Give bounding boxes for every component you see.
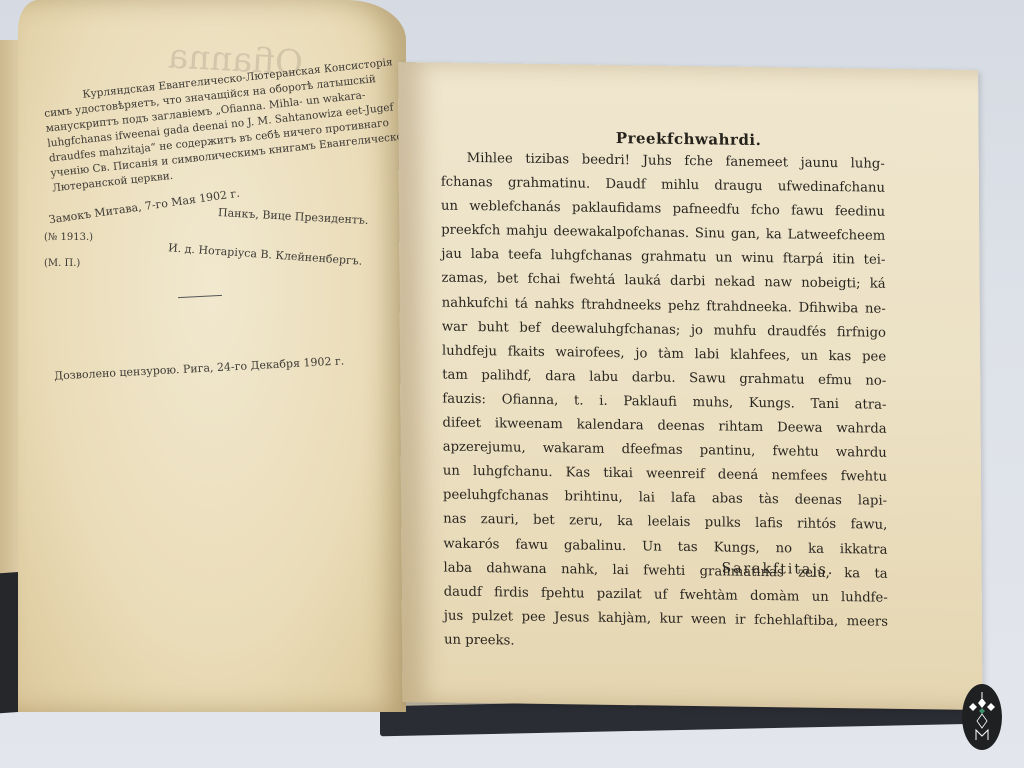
ornamental-m-logo-icon bbox=[967, 690, 997, 744]
photo-scene: Ofianna Курляндская Евангелическо-Лютера… bbox=[0, 0, 1024, 768]
seal-mark: (М. П.) bbox=[44, 258, 80, 269]
vice-president-signature: Панкъ, Вице Президентъ. bbox=[218, 206, 369, 227]
divider-rule bbox=[178, 295, 222, 298]
notary-signature: И. д. Нотаріуса В. Клейненбергъ. bbox=[168, 241, 363, 268]
watermark-logo bbox=[962, 684, 1002, 750]
right-page: Preekfchwahrdi. Mihlee tizibas beedri! J… bbox=[398, 62, 983, 710]
approval-paragraph: Курляндская Евангелическо-Лютеранская Ко… bbox=[42, 54, 406, 196]
censorship-approval: Дозволено цензурою. Рига, 24-го Декабря … bbox=[54, 354, 345, 382]
preface-body: Mihlee tizibas beedri! Juhs fche fanemee… bbox=[441, 147, 889, 659]
left-page: Ofianna Курляндская Евангелическо-Лютера… bbox=[18, 0, 406, 712]
document-number: (№ 1913.) bbox=[44, 232, 93, 243]
author-signature: Sarakftitajs. bbox=[722, 560, 835, 578]
